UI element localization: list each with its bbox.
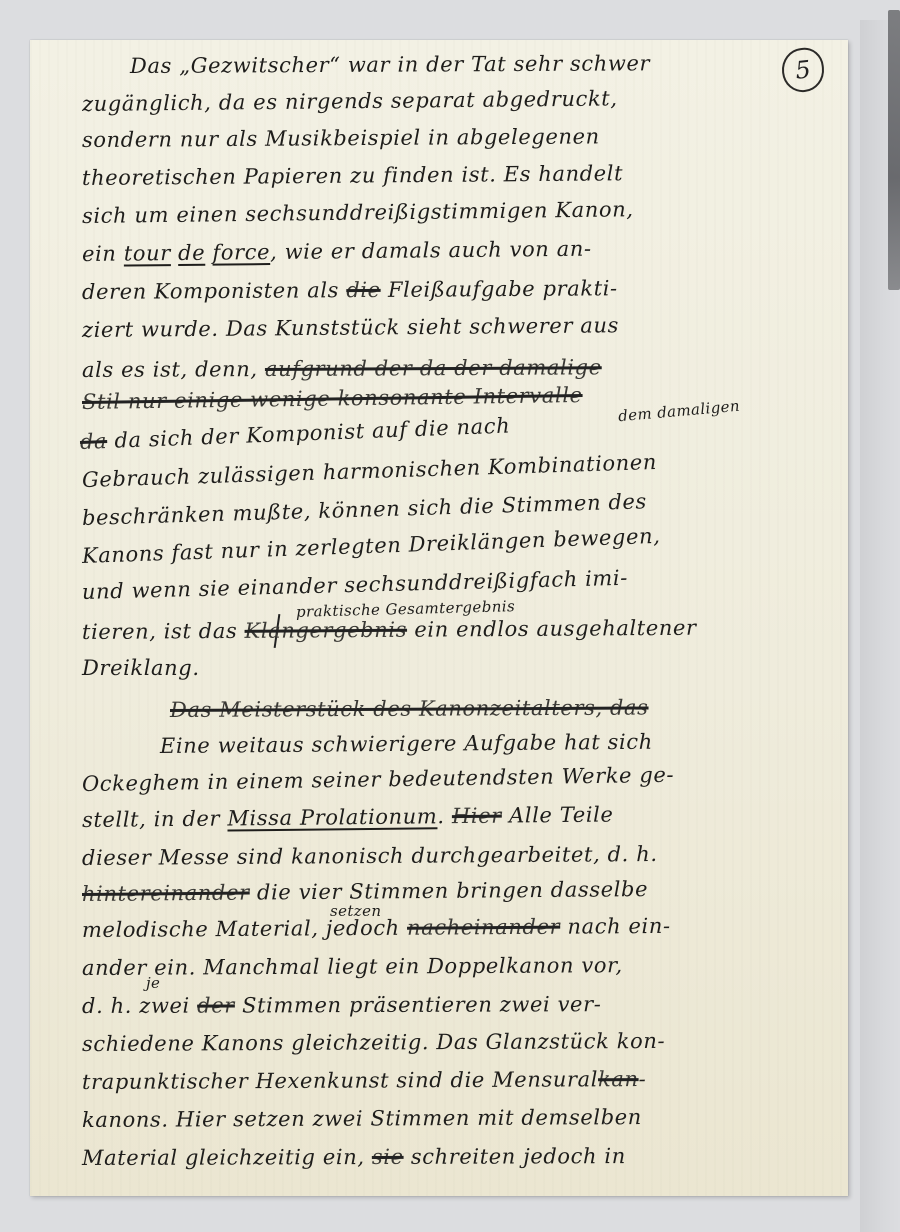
manuscript-line: theoretischen Papieren zu finden ist. Es… [82,161,623,190]
manuscript-line: und wenn sie einander sechsunddreißigfac… [82,566,629,604]
struck-text: hintereinander [82,881,250,906]
manuscript-line: dieser Messe sind kanonisch durchgearbei… [82,842,658,870]
manuscript-page: 5 Das „Gezwitscher“ war in der Tat sehr … [30,40,848,1196]
manuscript-line: ein tour de force, wie er damals auch vo… [82,237,592,266]
manuscript-line: Ockeghem in einem seiner bedeutendsten W… [82,763,674,796]
struck-text: nacheinander [407,915,560,940]
struck-text: Stil nur einige wenige konsonante Interv… [82,383,583,414]
manuscript-line: Material gleichzeitig ein, sie schreiten… [82,1144,626,1170]
struck-text: da [80,429,108,454]
interlinear-insertion: dem damaligen [617,397,740,426]
manuscript-line: tieren, ist das Klangergebnis ein endlos… [82,616,697,644]
struck-text: Das Meisterstück des Kanonzeitalters, da… [170,695,649,722]
manuscript-line: ziert wurde. Das Kunststück sieht schwer… [82,313,619,342]
manuscript-line: melodische Material, jedoch nacheinander… [82,914,671,942]
manuscript-line: schiedene Kanons gleichzeitig. Das Glanz… [82,1029,665,1056]
manuscript-line: Das Meisterstück des Kanonzeitalters, da… [170,695,649,722]
manuscript-line: Das „Gezwitscher“ war in der Tat sehr sc… [130,51,650,78]
struck-text: der [197,993,235,1017]
manuscript-line: Dreiklang. [82,656,200,680]
manuscript-line: ander ein. Manchmal liegt ein Doppelkano… [82,953,623,980]
manuscript-line: sich um einen sechsunddreißigstimmigen K… [82,197,634,228]
struck-text: Hier [452,804,502,829]
manuscript-line: Kanons fast nur in zerlegten Dreiklängen… [82,524,661,568]
struck-text: die [346,278,381,302]
struck-text: Klangergebnis [244,618,407,643]
manuscript-line: kanons. Hier setzen zwei Stimmen mit dem… [82,1105,642,1132]
manuscript-line: stellt, in der Missa Prolationum. Hier A… [82,802,614,832]
manuscript-line: zugänglich, da es nirgends separat abged… [82,86,618,116]
manuscript-line: Stil nur einige wenige konsonante Interv… [82,383,583,414]
adjacent-sheet-edge [888,10,900,290]
manuscript-line: sondern nur als Musikbeispiel in abgeleg… [82,124,600,152]
page-number: 5 [794,55,812,84]
struck-text: aufgrund der da der damalige [265,355,602,381]
manuscript-line: deren Komponisten als die Fleißaufgabe p… [82,276,618,304]
manuscript-line: trapunktischer Hexenkunst sind die Mensu… [82,1067,646,1094]
manuscript-line: beschränken mußte, können sich die Stimm… [82,489,648,530]
manuscript-line: Eine weitaus schwierigere Aufgabe hat si… [160,730,653,758]
manuscript-line: Gebrauch zulässigen harmonischen Kombina… [82,450,658,492]
page-number-circle: 5 [780,46,826,94]
manuscript-line: da da sich der Komponist auf die nach [80,413,511,454]
struck-text: kan [598,1067,639,1091]
struck-text: sie [372,1145,404,1169]
manuscript-line: als es ist, denn, aufgrund der da der da… [82,355,602,382]
interlinear-insertion: je [146,974,160,992]
manuscript-line: d. h. zwei der Stimmen präsentieren zwei… [82,992,601,1018]
